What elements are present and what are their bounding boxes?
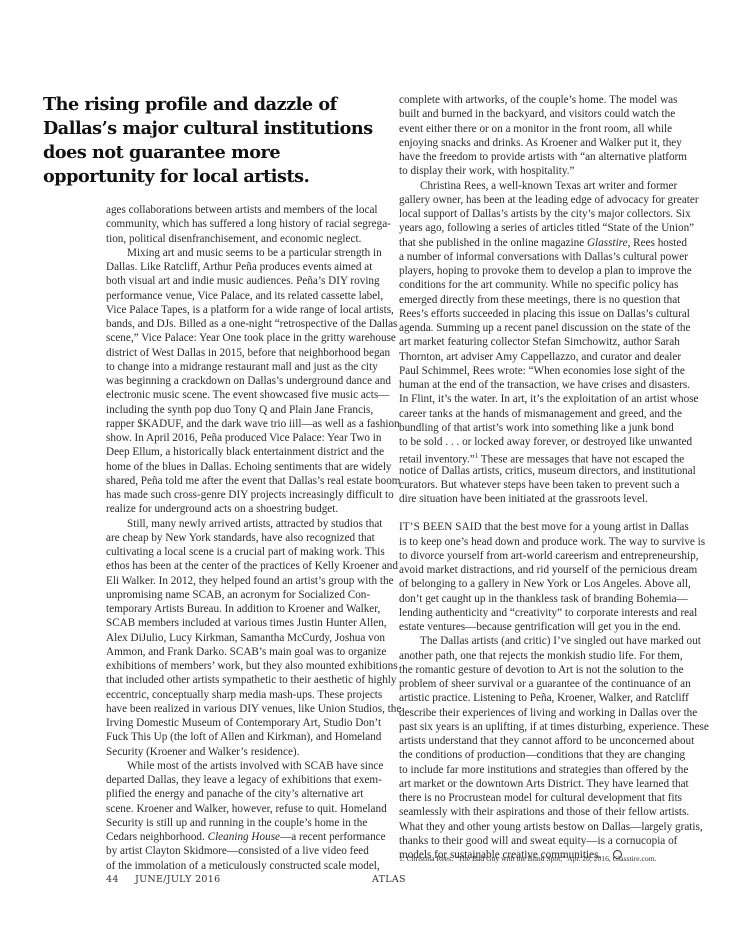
text-line: estate ventures—because gentrification w… bbox=[399, 620, 697, 634]
text-line: tion, political disenfranchisement, and … bbox=[106, 232, 384, 246]
text-line: electronic music scene. The event showca… bbox=[106, 388, 384, 402]
text-line: describe their experiences of living and… bbox=[399, 706, 697, 720]
text-line: of the immolation of a meticulously cons… bbox=[106, 859, 384, 873]
text-span: —a recent performance bbox=[280, 831, 386, 843]
text-line: agenda. Summing up a recent panel discus… bbox=[399, 321, 697, 335]
text-line: Fuck This Up (the loft of Allen and Kirk… bbox=[106, 730, 384, 744]
text-line: scene. Kroener and Walker, however, refu… bbox=[106, 802, 384, 816]
text-line: complete with artworks, of the couple’s … bbox=[399, 93, 697, 107]
text-span: that she published in the online magazin… bbox=[399, 237, 587, 249]
text-line: Mixing art and music seems to be a parti… bbox=[106, 246, 384, 260]
text-line: Dallas. Like Ratcliff, Arthur Peña produ… bbox=[106, 260, 384, 274]
text-line: both visual art and indie music audience… bbox=[106, 274, 384, 288]
text-line: career tanks at the hands of mismanageme… bbox=[399, 407, 697, 421]
text-line: another path, one that rejects the monki… bbox=[399, 649, 697, 663]
text-line: don’t get caught up in the thankless tas… bbox=[399, 592, 697, 606]
text-line: show. In April 2016, Peña produced Vice … bbox=[106, 431, 384, 445]
text-line: avoid market distractions, and rid yours… bbox=[399, 563, 697, 577]
text-line: artistic practice. Listening to Peña, Kr… bbox=[399, 691, 697, 705]
text-line: local support of Dallas’s artists by the… bbox=[399, 207, 697, 221]
text-line: plified the energy and panache of the ci… bbox=[106, 787, 384, 801]
text-line: shared, Peña told me after the event tha… bbox=[106, 474, 384, 488]
text-line: of belonging to a gallery in New York or… bbox=[399, 577, 697, 591]
text-line: human at the end of the transaction, we … bbox=[399, 378, 697, 392]
text-line: Alex DiJulio, Lucy Kirkman, Samantha McC… bbox=[106, 631, 384, 645]
text-line: including the synth pop duo Tony Q and P… bbox=[106, 403, 384, 417]
page-number: 44 bbox=[106, 874, 119, 885]
text-line: bands, and DJs. Billed as a one-night “r… bbox=[106, 317, 384, 331]
text-line: was beginning a crackdown on Dallas’s un… bbox=[106, 374, 384, 388]
text-line: Cedars neighborhood. Cleaning House—a re… bbox=[106, 830, 384, 844]
text-line: conditions for the art community. While … bbox=[399, 278, 697, 292]
text-line: bundling of that artist’s work into some… bbox=[399, 421, 697, 435]
section-break bbox=[399, 506, 697, 520]
italic-title: Glasstire bbox=[587, 237, 628, 249]
text-line: district of West Dallas in 2015, before … bbox=[106, 346, 384, 360]
text-line: Security is still up and running in the … bbox=[106, 816, 384, 830]
text-line: the romantic gesture of devotion to Art … bbox=[399, 663, 697, 677]
text-line: Thornton, art adviser Amy Cappellazzo, a… bbox=[399, 350, 697, 364]
text-line: temporary Artists Bureau. In addition to… bbox=[106, 602, 384, 616]
text-line: problem of sheer survival or a guarantee… bbox=[399, 677, 697, 691]
text-line: has made such cross-genre DIY projects i… bbox=[106, 488, 384, 502]
text-line: emerged directly from these meetings, th… bbox=[399, 293, 697, 307]
text-line: Security (Kroener and Walker’s residence… bbox=[106, 745, 384, 759]
text-line: to be sold . . . or locked away forever,… bbox=[399, 435, 697, 449]
text-line: players, hoping to provoke them to devel… bbox=[399, 264, 697, 278]
text-line: Rees’s efforts succeeded in placing this… bbox=[399, 307, 697, 321]
text-line: to display their work, with hospitality.… bbox=[399, 164, 697, 178]
text-line: Eli Walker. In 2012, they helped found a… bbox=[106, 574, 384, 588]
pull-quote-line: Dallas’s major cultural institutions bbox=[43, 117, 373, 141]
text-line: While most of the artists involved with … bbox=[106, 759, 384, 773]
text-line: Paul Schimmel, Rees wrote: “When economi… bbox=[399, 364, 697, 378]
text-line: eccentric, conceptually sharp media mash… bbox=[106, 688, 384, 702]
text-line: Vice Palace Tapes, is a platform for a w… bbox=[106, 303, 384, 317]
text-line: Christina Rees, a well-known Texas art w… bbox=[399, 179, 697, 193]
text-line: to include far more institutions and str… bbox=[399, 763, 697, 777]
text-line: departed Dallas, they leave a legacy of … bbox=[106, 773, 384, 787]
text-line: there is no Procrustean model for cultur… bbox=[399, 791, 697, 805]
text-line: the conditions of production—conditions … bbox=[399, 748, 697, 762]
text-line: exhibitions of members’ work, but they a… bbox=[106, 659, 384, 673]
text-line: to divorce yourself from art-world caree… bbox=[399, 549, 697, 563]
article-column-right: complete with artworks, of the couple’s … bbox=[399, 93, 697, 862]
text-line: curators. But whatever steps have been t… bbox=[399, 478, 697, 492]
text-line: The Dallas artists (and critic) I’ve sin… bbox=[399, 634, 697, 648]
text-line: years ago, following a series of article… bbox=[399, 221, 697, 235]
text-line: artists understand that they cannot affo… bbox=[399, 734, 697, 748]
text-line: Irving Domestic Museum of Contemporary A… bbox=[106, 716, 384, 730]
text-line: art market or the downtown Arts District… bbox=[399, 777, 697, 791]
text-span: Cedars neighborhood. bbox=[106, 831, 208, 843]
text-line: Ammon, and Frank Darko. SCAB’s main goal… bbox=[106, 645, 384, 659]
text-span: that the best move for a young artist in… bbox=[482, 521, 689, 533]
text-line: Deep Ellum, a historically black enterta… bbox=[106, 445, 384, 459]
text-line: by artist Clayton Skidmore—consisted of … bbox=[106, 844, 384, 858]
text-line: realize for underground acts on a shoest… bbox=[106, 502, 384, 516]
text-line: dire situation have been initiated at th… bbox=[399, 492, 697, 506]
text-line: to change into a midrange restaurant mal… bbox=[106, 360, 384, 374]
pull-quote-line: does not guarantee more bbox=[43, 141, 373, 165]
text-line: have the freedom to provide artists with… bbox=[399, 150, 697, 164]
text-line: performance venue, Vice Palace, and its … bbox=[106, 289, 384, 303]
text-line: unpromising name SCAB, an acronym for So… bbox=[106, 588, 384, 602]
text-line: ages collaborations between artists and … bbox=[106, 203, 384, 217]
italic-title: Cleaning House bbox=[208, 831, 280, 843]
text-line: are cheap by New York standards, have al… bbox=[106, 531, 384, 545]
text-line: notice of Dallas artists, critics, museu… bbox=[399, 464, 697, 478]
text-line: In Flint, it’s the water. In art, it’s t… bbox=[399, 392, 697, 406]
text-line: enjoying snacks and drinks. As Kroener a… bbox=[399, 136, 697, 150]
text-line: thanks to their good will and sweat equi… bbox=[399, 834, 697, 848]
text-line: built and burned in the backyard, and vi… bbox=[399, 107, 697, 121]
issue-date: JUNE/JULY 2016 bbox=[135, 874, 220, 885]
text-line: cultivating a local scene is a crucial p… bbox=[106, 545, 384, 559]
pull-quote-line: The rising profile and dazzle of bbox=[43, 93, 373, 117]
magazine-name: ATLAS bbox=[372, 874, 406, 885]
text-line: lending authenticity and “creativity” to… bbox=[399, 606, 697, 620]
article-column-left: ages collaborations between artists and … bbox=[106, 203, 384, 873]
text-line: art market featuring collector Stefan Si… bbox=[399, 335, 697, 349]
text-line: that she published in the online magazin… bbox=[399, 236, 697, 250]
footnote: 1. Christina Rees, “The Bad Guy with the… bbox=[399, 854, 657, 863]
text-line: gallery owner, has been at the leading e… bbox=[399, 193, 697, 207]
section-lead-in: IT’S BEEN SAID bbox=[399, 521, 482, 533]
text-span: , Rees hosted bbox=[628, 237, 687, 249]
text-line: scene,” Vice Palace: Year One took place… bbox=[106, 331, 384, 345]
text-line: that included other artists sympathetic … bbox=[106, 673, 384, 687]
text-line: have been realized in various DIY venues… bbox=[106, 702, 384, 716]
pull-quote: The rising profile and dazzle of Dallas’… bbox=[43, 93, 373, 189]
text-line: home of the blues in Dallas. Echoing sen… bbox=[106, 460, 384, 474]
text-line: past six years is an uplifting, if at ti… bbox=[399, 720, 697, 734]
text-line: is to keep one’s head down and produce w… bbox=[399, 535, 697, 549]
text-line: community, which has suffered a long his… bbox=[106, 217, 384, 231]
text-line: SCAB members included at various times J… bbox=[106, 616, 384, 630]
pull-quote-line: opportunity for local artists. bbox=[43, 165, 373, 189]
text-line: IT’S BEEN SAID that the best move for a … bbox=[399, 520, 697, 534]
text-line: ethos has been at the center of the prac… bbox=[106, 559, 384, 573]
text-line: event either there or on a monitor in th… bbox=[399, 122, 697, 136]
text-line: What they and other young artists bestow… bbox=[399, 820, 697, 834]
text-line: retail inventory.”1 These are messages t… bbox=[399, 449, 697, 463]
text-line: seamlessly with their aspirations and th… bbox=[399, 805, 697, 819]
text-line: rapper $KADUF, and the dark wave trio ii… bbox=[106, 417, 384, 431]
text-line: a number of informal conversations with … bbox=[399, 250, 697, 264]
text-line: Still, many newly arrived artists, attra… bbox=[106, 517, 384, 531]
